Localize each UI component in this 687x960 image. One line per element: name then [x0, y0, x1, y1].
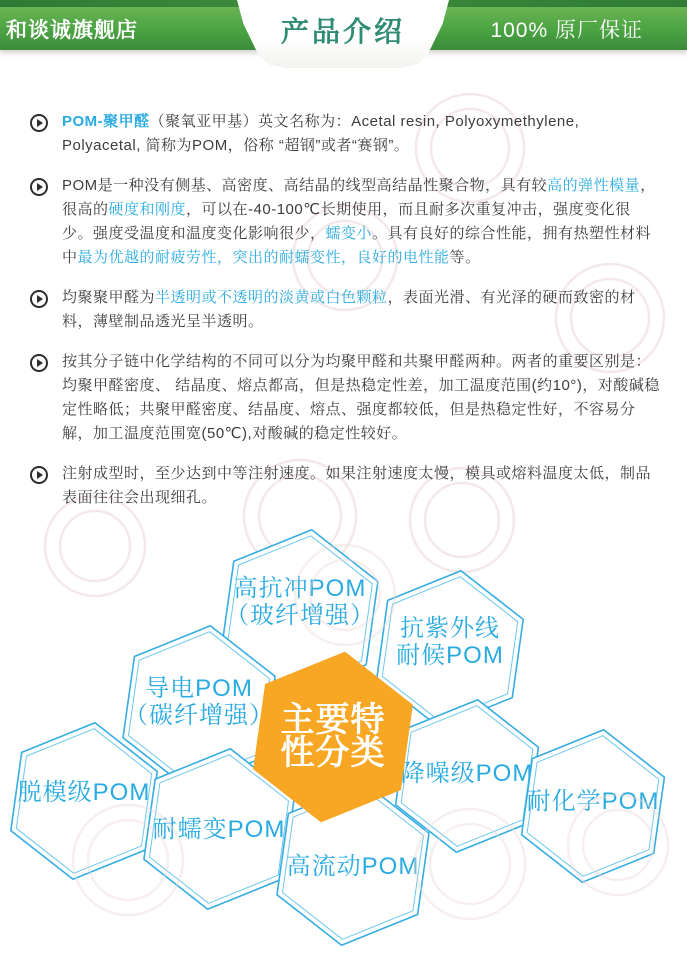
section-title: 产品介绍: [281, 10, 405, 58]
hexagon-label: 脱模级POM: [18, 779, 151, 806]
bullet-item-1: POM-聚甲醛（聚氧亚甲基）英文名称为：Acetal resin, Polyox…: [30, 110, 661, 158]
play-bullet-icon: [30, 354, 48, 372]
bullet-item-2: POM是一种没有侧基、高密度、高结晶的线型高结晶性聚合物，具有较高的弹性模量，很…: [30, 174, 661, 270]
bullet-text: 均聚聚甲醛为半透明或不透明的淡黄或白色颗粒，表面光滑、有光泽的硬而致密的材料，薄…: [62, 286, 661, 334]
bullet-item-4: 按其分子链中化学结构的不同可以分为均聚甲醛和共聚甲醛两种。两者的重要区别是：均聚…: [30, 350, 661, 446]
feature-hexagon-5: 耐化学POM: [522, 730, 665, 883]
play-bullet-icon: [30, 466, 48, 484]
play-bullet-icon: [30, 178, 48, 196]
hexagon-label: 抗紫外线耐候POM: [396, 615, 504, 669]
store-name: 和谈诚旗舰店: [0, 14, 138, 44]
hexagon-label: 导电POM（碳纤增强）: [124, 675, 274, 729]
center-hexagon-label: 主要特性分类: [281, 701, 386, 772]
header-banner: 和谈诚旗舰店 100% 原厂保证 产品介绍: [0, 0, 687, 50]
bullet-item-5: 注射成型时，至少达到中等注射速度。如果注射速度太慢，模具或熔料温度太低，制品表面…: [30, 462, 661, 510]
hexagon-label: 高抗冲POM（玻纤增强）: [225, 575, 375, 629]
product-intro-page: 和谈诚旗舰店 100% 原厂保证 产品介绍 POM-聚甲醛（聚氧亚甲基）英文名称…: [0, 0, 687, 960]
bullet-item-3: 均聚聚甲醛为半透明或不透明的淡黄或白色颗粒，表面光滑、有光泽的硬而致密的材料，薄…: [30, 286, 661, 334]
bullet-text: 注射成型时，至少达到中等注射速度。如果注射速度太慢，模具或熔料温度太低，制品表面…: [62, 462, 661, 510]
hexagon-label: 高流动POM: [287, 853, 420, 880]
section-title-ribbon: 产品介绍: [237, 0, 449, 68]
hexagon-label: 降噪级POM: [401, 760, 534, 787]
play-bullet-icon: [30, 290, 48, 308]
hexagon-feature-diagram: 高抗冲POM（玻纤增强）抗紫外线耐候POM导电POM（碳纤增强）脱模级POM降噪…: [0, 528, 687, 960]
bullet-text: POM-聚甲醛（聚氧亚甲基）英文名称为：Acetal resin, Polyox…: [62, 110, 661, 158]
bullet-text: 按其分子链中化学结构的不同可以分为均聚甲醛和共聚甲醛两种。两者的重要区别是：均聚…: [62, 350, 661, 446]
play-bullet-icon: [30, 114, 48, 132]
guarantee-text: 100% 原厂保证: [490, 14, 687, 44]
bullet-text: POM是一种没有侧基、高密度、高结晶的线型高结晶性聚合物，具有较高的弹性模量，很…: [62, 174, 661, 270]
intro-content: POM-聚甲醛（聚氧亚甲基）英文名称为：Acetal resin, Polyox…: [0, 50, 687, 510]
